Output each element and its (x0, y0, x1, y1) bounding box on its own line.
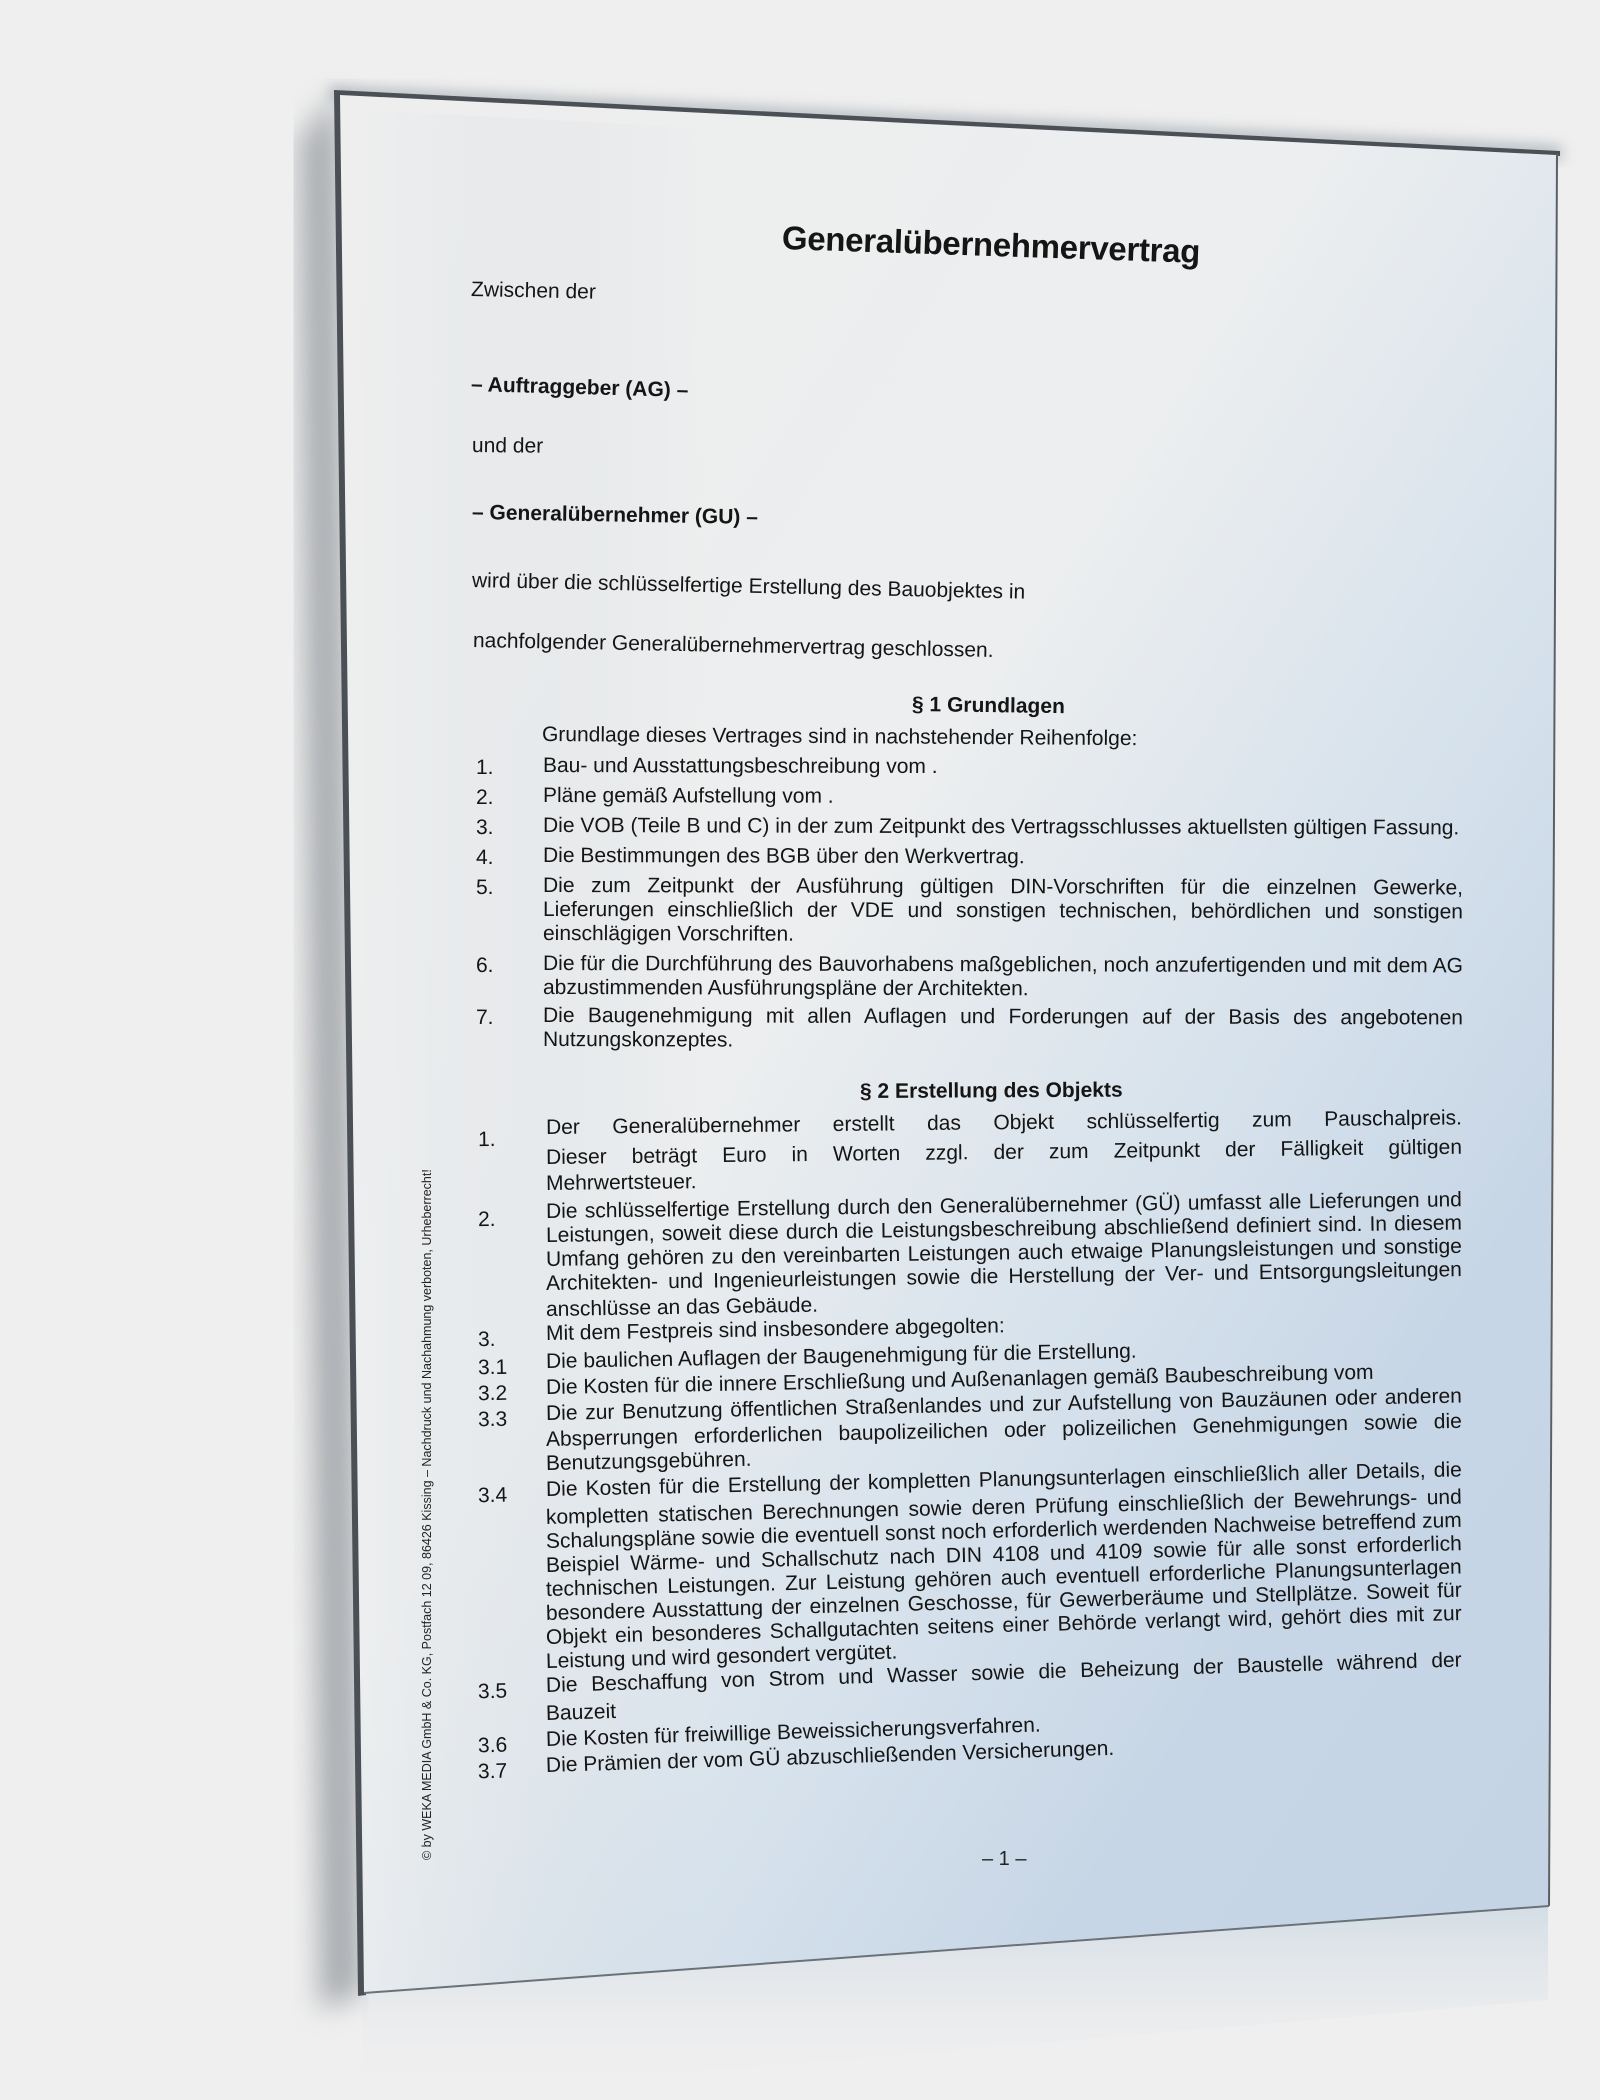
list-item-line: Die VOB (Teile B und C) in der zum Zeitp… (543, 814, 1459, 840)
list-item-number: 3. (476, 816, 494, 840)
list-item-line: abzustimmenden Ausführungspläne der Arch… (543, 976, 1029, 1001)
copyright-notice: © by WEKA MEDIA GmbH & Co. KG, Postfach … (420, 1169, 434, 1860)
document-mockup (0, 0, 1600, 2100)
section1-lead: Grundlage dieses Vertrages sind in nachs… (542, 723, 1138, 751)
list-item-number: 1. (478, 1128, 496, 1152)
list-item-line: Die Bestimmungen des BGB über den Werkve… (543, 844, 1025, 869)
list-item-number: 3.1 (478, 1356, 508, 1381)
list-item-line: einschlägigen Vorschriften. (543, 922, 794, 947)
list-item-number: 5. (476, 876, 494, 900)
intro-and: und der (472, 434, 543, 459)
list-item-number: 3.7 (478, 1760, 508, 1785)
list-item-number: 3. (478, 1328, 496, 1352)
list-item-number: 2. (476, 786, 494, 810)
list-item-line: Die zum Zeitpunkt der Ausführung gültige… (543, 874, 1463, 900)
list-item-line: Mehrwertsteuer. (546, 1170, 697, 1196)
party-contractor: – Generalübernehmer (GU) – (472, 501, 758, 530)
list-item-number: 3.6 (478, 1734, 508, 1759)
list-item-number: 4. (476, 846, 494, 870)
list-item-number: 3.2 (478, 1382, 508, 1407)
list-item-line: Bau- und Ausstattungsbeschreibung vom . (543, 754, 938, 779)
list-item-line: Nutzungskonzeptes. (543, 1028, 733, 1052)
list-item-line: Pläne gemäß Aufstellung vom . (543, 784, 834, 809)
list-item-line: Benutzungsgebühren. (546, 1448, 752, 1476)
section2-heading: § 2 Erstellung des Objekts (860, 1079, 1123, 1104)
list-item-line: Bauzeit (546, 1700, 617, 1726)
page-number: – 1 – (982, 1848, 1026, 1871)
list-item-number: 3.5 (478, 1680, 508, 1705)
list-item-number: 7. (476, 1006, 494, 1030)
list-item-line: Die Baugenehmigung mit allen Auflagen un… (543, 1004, 1463, 1030)
intro-between: Zwischen der (471, 278, 596, 305)
list-item-number: 3.4 (478, 1484, 508, 1509)
list-item-number: 6. (476, 954, 494, 978)
list-item-number: 2. (478, 1208, 496, 1232)
list-item-number: 3.3 (478, 1408, 508, 1433)
section1-heading: § 1 Grundlagen (912, 693, 1065, 719)
list-item-line: Lieferungen einschließlich der VDE und s… (543, 898, 1463, 924)
list-item-line: Die für die Durchführung des Bauvorhaben… (543, 952, 1463, 978)
list-item-number: 1. (476, 756, 494, 780)
